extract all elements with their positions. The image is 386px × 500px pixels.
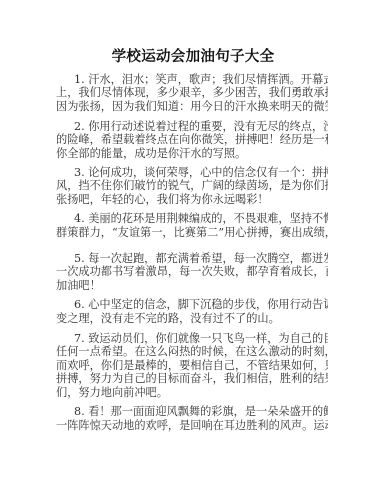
paragraph-line: 上，我们尽情体现，多少艰辛，多少困苦，我们勇敢承担。因为年轻， (56, 86, 328, 99)
paragraph-line: 们，努力地向前冲吧。 (56, 386, 328, 399)
paragraph-line: 你全部的能量，成功是你汗水的写照。 (56, 147, 328, 160)
paragraph-line: 而欢呼，你们是最棒的，要相信自己，不管结果如何，只要你们努力 (56, 359, 328, 372)
paragraph-line: 一阵阵惊天动地的欢呼，是回响在耳边胜利的风声。运动场上的你们， (56, 419, 328, 432)
paragraph-line: 变之理，没有走不完的路，没有过不了的山。 (56, 312, 328, 325)
paragraph-line: 因为张扬，因为我们知道：用今日的汗水换来明天的微笑。 (56, 100, 328, 113)
paragraph-line: 5. 每一次起跑，都充满着希望，每一次腾空，都迸发出力量，每 (74, 252, 328, 265)
paragraph-line: 风，挡不住你们破竹的锐气，广阔的绿茵场，是为你们搭建的舞台。 (56, 179, 328, 192)
document-title: 学校运动会加油句子大全 (0, 45, 386, 66)
paragraph-line: 3. 论何成功，谈何荣辱，心中的信念仅有一个：拼搏！萧瑟的秋 (74, 166, 328, 179)
paragraph-line: 的险峰，希望载着终点在向你微笑，拼搏吧！经历是一种精彩，迸发 (56, 133, 328, 146)
paragraph-line: 一次成功都书写着激昂，每一次失败，都孕育着成长，百米赛跑者， (56, 265, 328, 278)
paragraph-line: 加油吧！ (56, 279, 328, 292)
paragraph-line: 1. 汗水，泪水；笑声，歌声；我们尽情挥洒。开幕式上，运动场 (74, 73, 328, 86)
paragraph-line: 7. 致运动员们，你们就像一只飞鸟一样，为自己的目标而不放弃 (74, 332, 328, 345)
paragraph-line: 群策群力，“友谊第一，比赛第二”用心拼搏，赛出成绩，赛出风格！ (56, 226, 328, 239)
paragraph-line: 拼搏，努力为自己的目标而奋斗，我们相信，胜利的结果永远属于你 (56, 372, 328, 385)
paragraph-line: 任何一点希望。在这么闷热的时候，在这么激动的时刻，我们为你们 (56, 345, 328, 358)
paragraph-line: 张扬吧，年轻的心，我们将为你永远喝彩！ (56, 193, 328, 206)
paragraph-line: 4. 美丽的花环是用荆棘编成的，不畏艰难，坚持不懈，斗志激昂 (74, 212, 328, 225)
paragraph-line: 6. 心中坚定的信念，脚下沉稳的步伐，你用行动告诉我们一个不 (74, 298, 328, 311)
paragraph-line: 8. 看！那一面面迎风飘舞的彩旗，是一朵朵盛开的鲜花；听！那 (74, 405, 328, 418)
paragraph-line: 2. 你用行动述说着过程的重要，没有无尽的终点，没有无法攀登 (74, 120, 328, 133)
document-page: 学校运动会加油句子大全 1. 汗水，泪水；笑声，歌声；我们尽情挥洒。开幕式上，运… (0, 0, 386, 500)
